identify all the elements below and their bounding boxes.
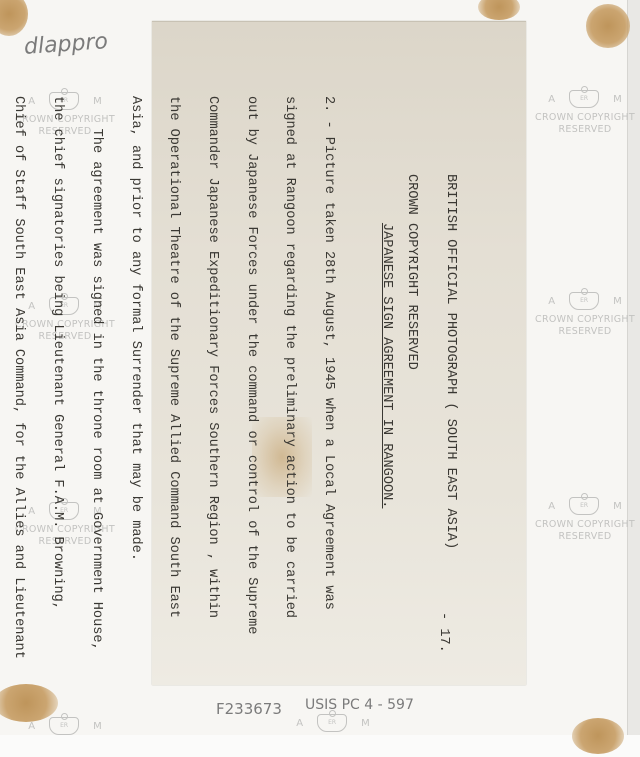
crown-icon: ER [569,497,599,515]
scan-bottom-margin [0,735,640,757]
body-line: the chief signatories being Lieutenant G… [50,96,63,659]
stain-top-center-right [478,0,520,20]
header-line-1: BRITISH OFFICIAL PHOTOGRAPH ( SOUTH EAST… [443,96,456,659]
body-line: Asia, and prior to any formal Surrender … [128,96,141,659]
crown-icon: ER [569,90,599,108]
handwritten-reference-number: F233673 [216,700,282,718]
caption-slip: BRITISH OFFICIAL PHOTOGRAPH ( SOUTH EAST… [152,21,526,685]
header-line-2: CROWN COPYRIGHT RESERVED [405,96,418,659]
body-line: Commander Japanese Expeditionary Forces … [205,96,218,659]
stain-top-left [0,0,28,36]
crown-copyright-watermark: AERM [268,712,398,734]
page-number: - 17. [436,612,449,653]
body-line: The agreement was signed in the throne r… [89,96,102,659]
body-line: Chief of Staff South East Asia Command, … [12,96,25,659]
crown-icon: ER [317,714,347,732]
body-line: the Operational Theatre of the Supreme A… [166,96,179,659]
crown-copyright-watermark: AERM CROWN COPYRIGHTRESERVED [520,88,640,136]
body-line: out by Japanese Forces under the command… [244,96,257,659]
crown-icon: ER [569,292,599,310]
handwritten-signature: dlappro [23,29,109,60]
crown-copyright-watermark: AERM CROWN COPYRIGHTRESERVED [520,290,640,338]
body-line: 2. - Picture taken 28th August, 1945 whe… [321,96,334,659]
crown-icon: ER [49,717,79,735]
crown-copyright-watermark: AERM CROWN COPYRIGHTRESERVED [520,495,640,543]
document-title: JAPANESE SIGN AGREEMENT IN RANGOON. [379,145,392,509]
body-line: signed at Rangoon regarding the prelimin… [282,96,295,659]
stain-top-right [586,4,630,48]
stain-bottom-right [572,718,624,754]
handwritten-archive-code: USIS PC 4 - 597 [305,697,414,713]
caption-text: BRITISH OFFICIAL PHOTOGRAPH ( SOUTH EAST… [152,22,526,685]
